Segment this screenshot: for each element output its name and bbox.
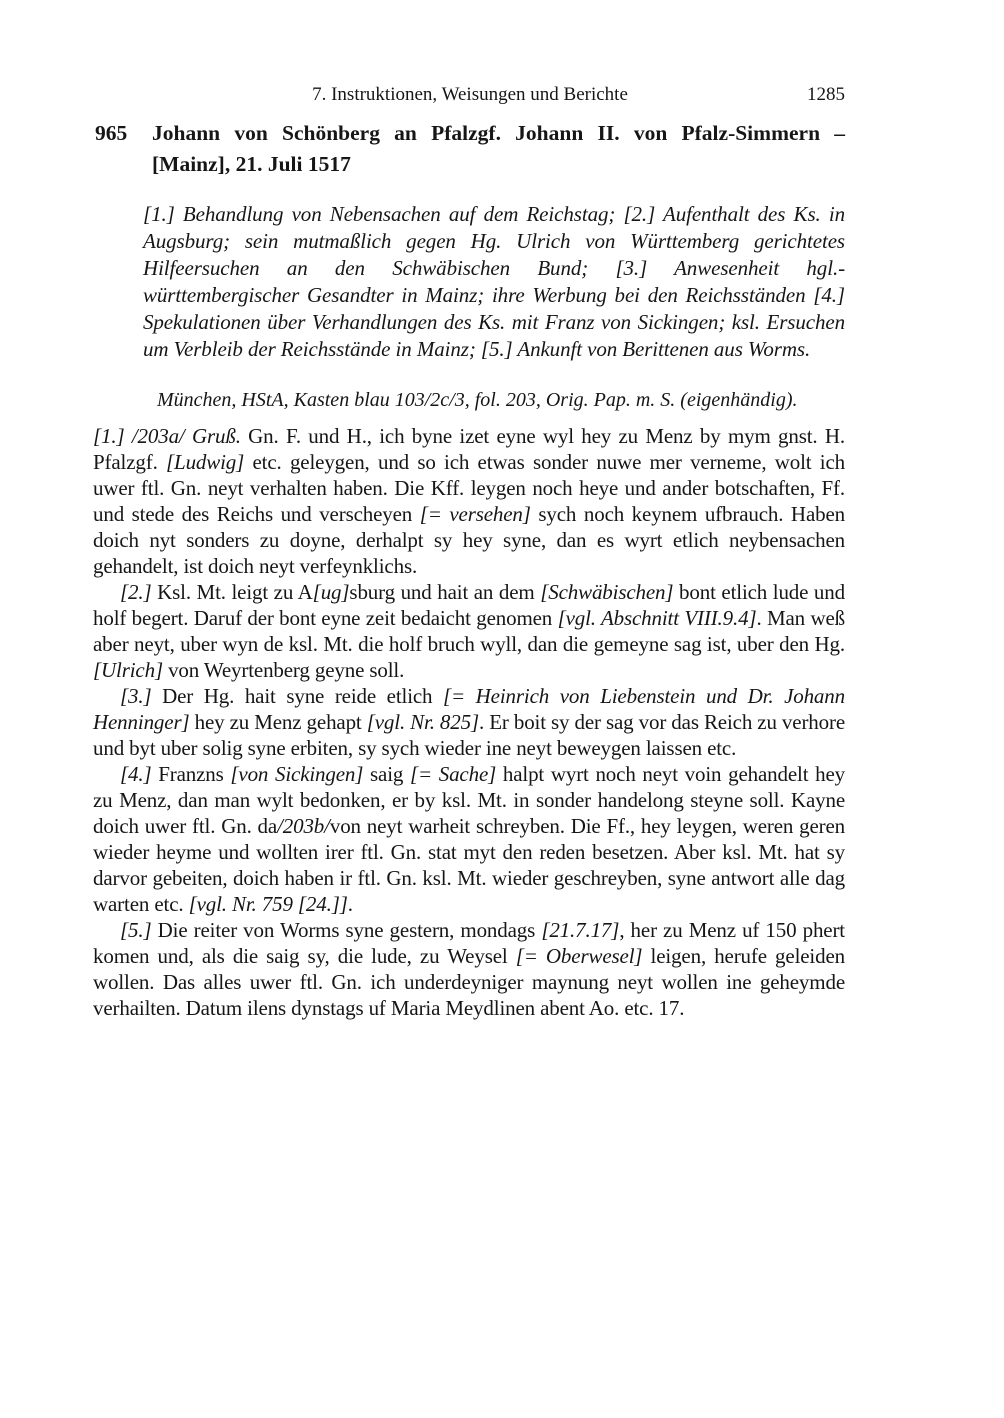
transcription-text: Die reiter von Worms syne gestern, monda…: [152, 918, 542, 942]
transcription-text: saig: [363, 762, 410, 786]
document-title-line2: [Mainz], 21. Juli 1517: [152, 149, 845, 180]
editorial-italic-text: [21.7.17]: [541, 918, 619, 942]
body-paragraph: [5.] Die reiter von Worms syne gestern, …: [93, 917, 845, 1021]
editorial-italic-text: [von Sickingen]: [230, 762, 363, 786]
transcription-text: Der Hg. hait syne reide etlich: [152, 684, 444, 708]
editorial-italic-text: [Schwäbischen]: [540, 580, 673, 604]
document-title: Johann von Schönberg an Pfalzgf. Johann …: [152, 118, 845, 180]
editorial-italic-text: [vgl. Nr. 825]: [367, 710, 479, 734]
document-title-block: 965 Johann von Schönberg an Pfalzgf. Joh…: [95, 118, 845, 180]
document-number: 965: [95, 118, 127, 149]
editorial-italic-text: [1.] /203a/ Gruß.: [93, 424, 241, 448]
transcription-text: Ksl. Mt. leigt zu A: [152, 580, 313, 604]
transcription-text: .: [348, 892, 353, 916]
transcription-text: von Weyrtenberg geyne soll.: [163, 658, 404, 682]
editorial-italic-text: [vgl. Nr. 759 [24.]]: [189, 892, 348, 916]
editorial-italic-text: [Ulrich]: [93, 658, 163, 682]
section-title: 7. Instruktionen, Weisungen und Berichte: [95, 84, 845, 106]
editorial-italic-text: [5.]: [120, 918, 152, 942]
body-paragraph: [4.] Franzns [von Sickingen] saig [= Sac…: [93, 761, 845, 917]
editorial-italic-text: [4.]: [120, 762, 152, 786]
editorial-italic-text: /203b/: [277, 814, 330, 838]
editorial-italic-text: [Ludwig]: [166, 450, 244, 474]
editorial-italic-text: [ug]: [313, 580, 350, 604]
editorial-italic-text: [2.]: [120, 580, 152, 604]
document-body: [1.] /203a/ Gruß. Gn. F. und H., ich byn…: [93, 423, 845, 1021]
editorial-italic-text: [= Oberwesel]: [516, 944, 643, 968]
archive-reference: München, HStA, Kasten blau 103/2c/3, fol…: [157, 388, 845, 412]
transcription-text: sburg und hait an dem: [349, 580, 540, 604]
body-paragraph: [1.] /203a/ Gruß. Gn. F. und H., ich byn…: [93, 423, 845, 579]
page-number: 1285: [807, 84, 845, 106]
editorial-italic-text: [= Sache]: [410, 762, 496, 786]
document-summary: [1.] Behandlung von Nebensachen auf dem …: [143, 201, 845, 363]
running-head: 7. Instruktionen, Weisungen und Berichte…: [95, 84, 845, 106]
transcription-text: Franzns: [152, 762, 231, 786]
book-page: 7. Instruktionen, Weisungen und Berichte…: [0, 0, 1004, 1418]
body-paragraph: [2.] Ksl. Mt. leigt zu A[ug]sburg und ha…: [93, 579, 845, 683]
transcription-text: hey zu Menz gehapt: [190, 710, 367, 734]
body-paragraph: [3.] Der Hg. hait syne reide etlich [= H…: [93, 683, 845, 761]
editorial-italic-text: [= versehen]: [420, 502, 531, 526]
editorial-italic-text: [3.]: [120, 684, 152, 708]
document-title-line1: Johann von Schönberg an Pfalzgf. Johann …: [152, 118, 845, 149]
editorial-italic-text: [vgl. Abschnitt VIII.9.4]: [558, 606, 757, 630]
